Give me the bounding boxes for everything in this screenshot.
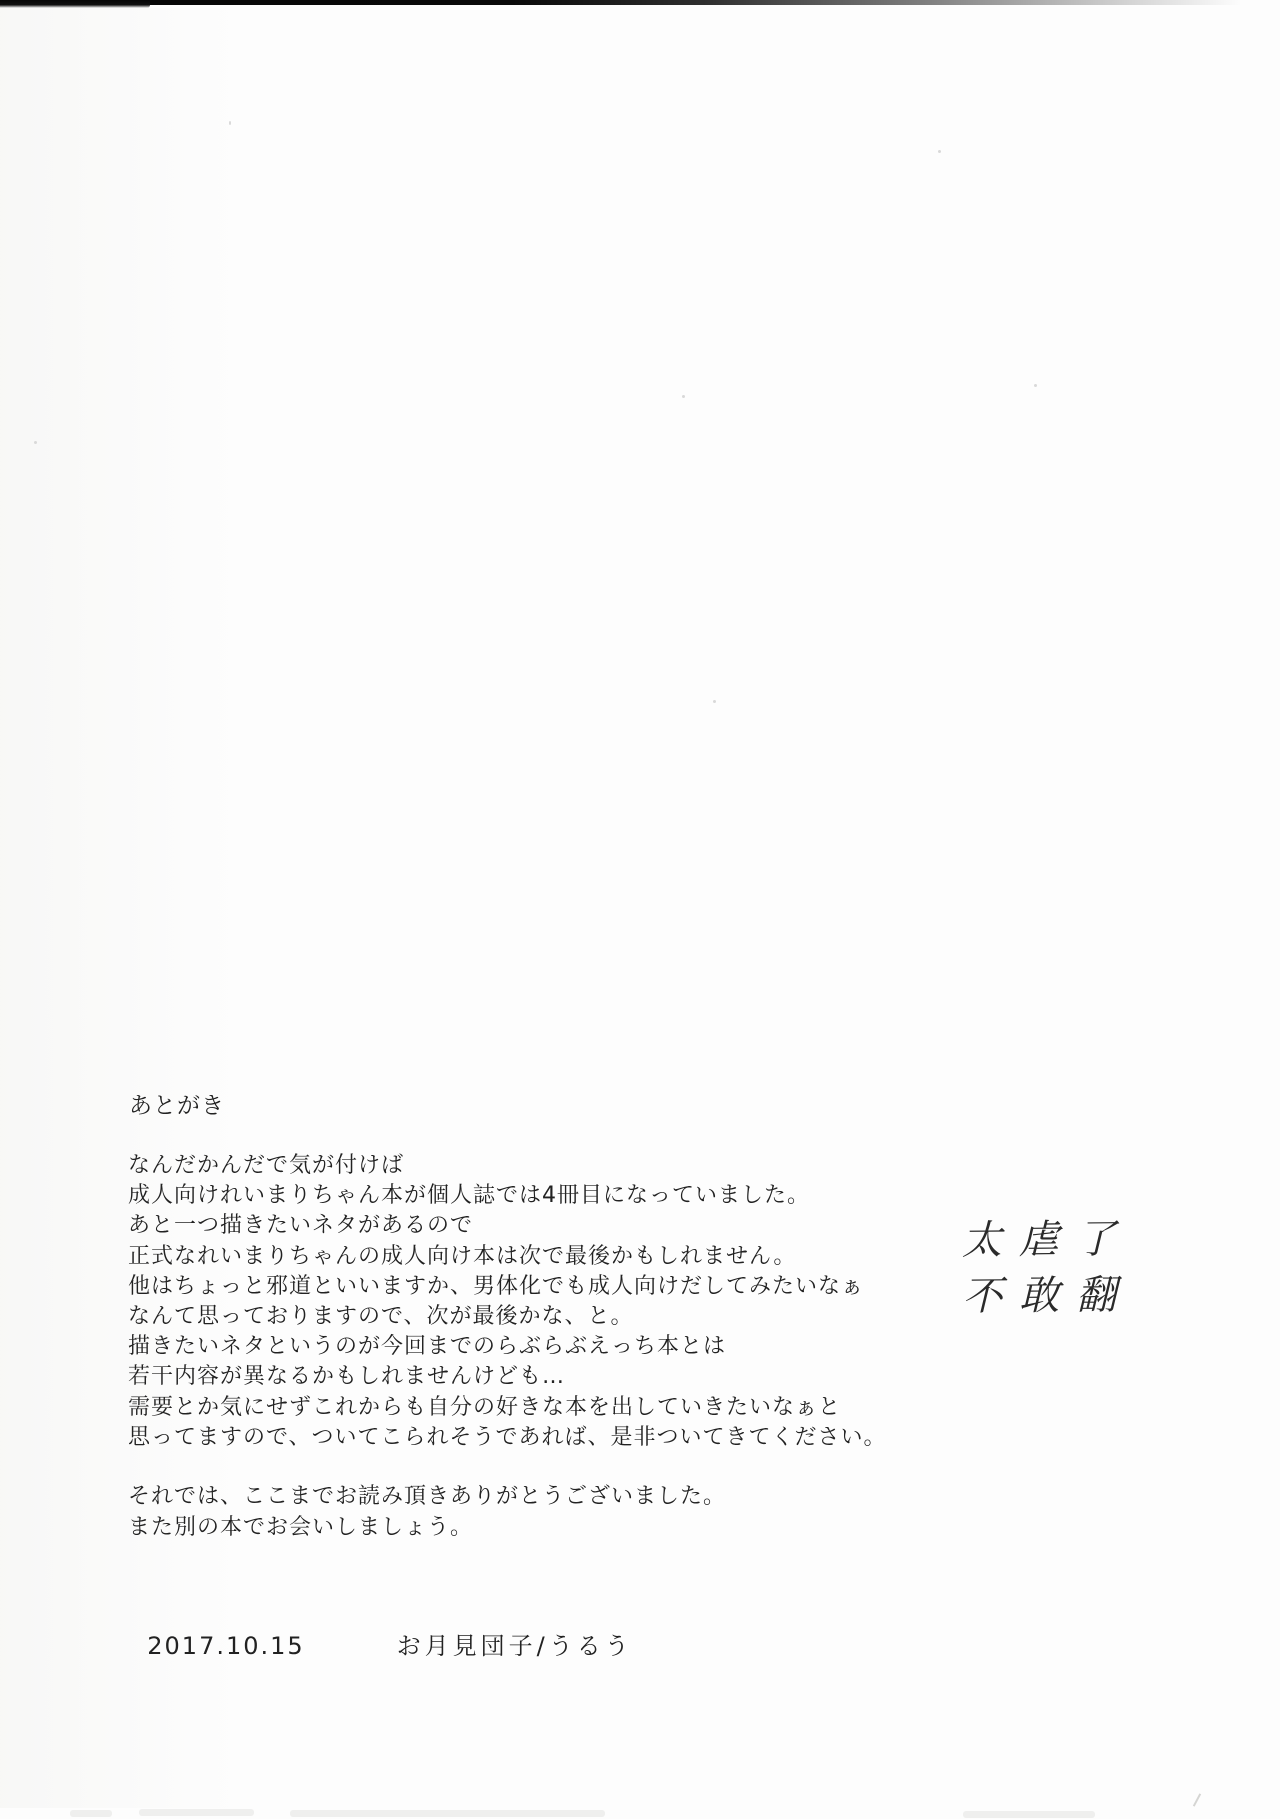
handwritten-annotation-line: 太虐了 xyxy=(962,1211,1133,1268)
afterword-line: なんて思っておりますので、次が最後かな、と。 xyxy=(128,1302,887,1332)
handwritten-annotation: 太虐了 不敢翻 xyxy=(962,1211,1134,1324)
afterword-line: なんだかんだで気が付けば xyxy=(128,1151,887,1181)
scan-speck xyxy=(713,700,716,703)
afterword-heading: あとがき xyxy=(129,1087,225,1120)
scan-smudge-bottom xyxy=(963,1811,1095,1818)
scan-smudge-bottom xyxy=(70,1810,112,1817)
afterword-line: 思ってますので、ついてこられそうであれば、是非ついてきてください。 xyxy=(128,1423,887,1453)
circle-author-credit: お月見団子/うるう xyxy=(397,1632,633,1660)
scan-artifact-top-left-blob xyxy=(0,0,150,8)
scan-speck xyxy=(682,395,685,398)
scan-scratch xyxy=(1193,1793,1201,1806)
afterword-line: 他はちょっと邪道といいますか、男体化でも成人向けだしてみたいなぁ xyxy=(128,1272,887,1302)
closing-line: また別の本でお会いしましょう。 xyxy=(128,1513,726,1544)
scan-smudge-bottom xyxy=(139,1809,254,1816)
scan-speck xyxy=(1034,384,1037,387)
afterword-body: なんだかんだで気が付けば 成人向けれいまりちゃん本が個人誌では4冊目になっていま… xyxy=(128,1151,887,1453)
afterword-line: 若干内容が異なるかもしれませんけども… xyxy=(128,1362,887,1392)
afterword-line: 成人向けれいまりちゃん本が個人誌では4冊目になっていました。 xyxy=(128,1181,887,1211)
afterword-line: 需要とか気にせずこれからも自分の好きな本を出していきたいなぁと xyxy=(128,1393,887,1423)
handwritten-annotation-line: 不敢翻 xyxy=(962,1267,1133,1324)
scan-artifact-top-edge xyxy=(0,0,1280,5)
scan-speck xyxy=(34,441,37,444)
scan-speck xyxy=(229,121,231,125)
afterword-closing: それでは、ここまでお読み頂きありがとうございました。 また別の本でお会いしましょ… xyxy=(128,1482,726,1543)
scan-smudge-bottom xyxy=(290,1810,605,1817)
footer-credit-line: 2017.10.15お月見団子/うるう xyxy=(130,1598,633,1661)
afterword-line: あと一つ描きたいネタがあるので xyxy=(128,1211,887,1241)
afterword-line: 描きたいネタというのが今回までのらぶらぶえっち本とは xyxy=(128,1332,887,1362)
closing-line: それでは、ここまでお読み頂きありがとうございました。 xyxy=(128,1482,726,1513)
scan-speck xyxy=(938,150,941,153)
publication-date: 2017.10.15 xyxy=(147,1632,304,1660)
afterword-line: 正式なれいまりちゃんの成人向け本は次で最後かもしれません。 xyxy=(128,1242,887,1272)
